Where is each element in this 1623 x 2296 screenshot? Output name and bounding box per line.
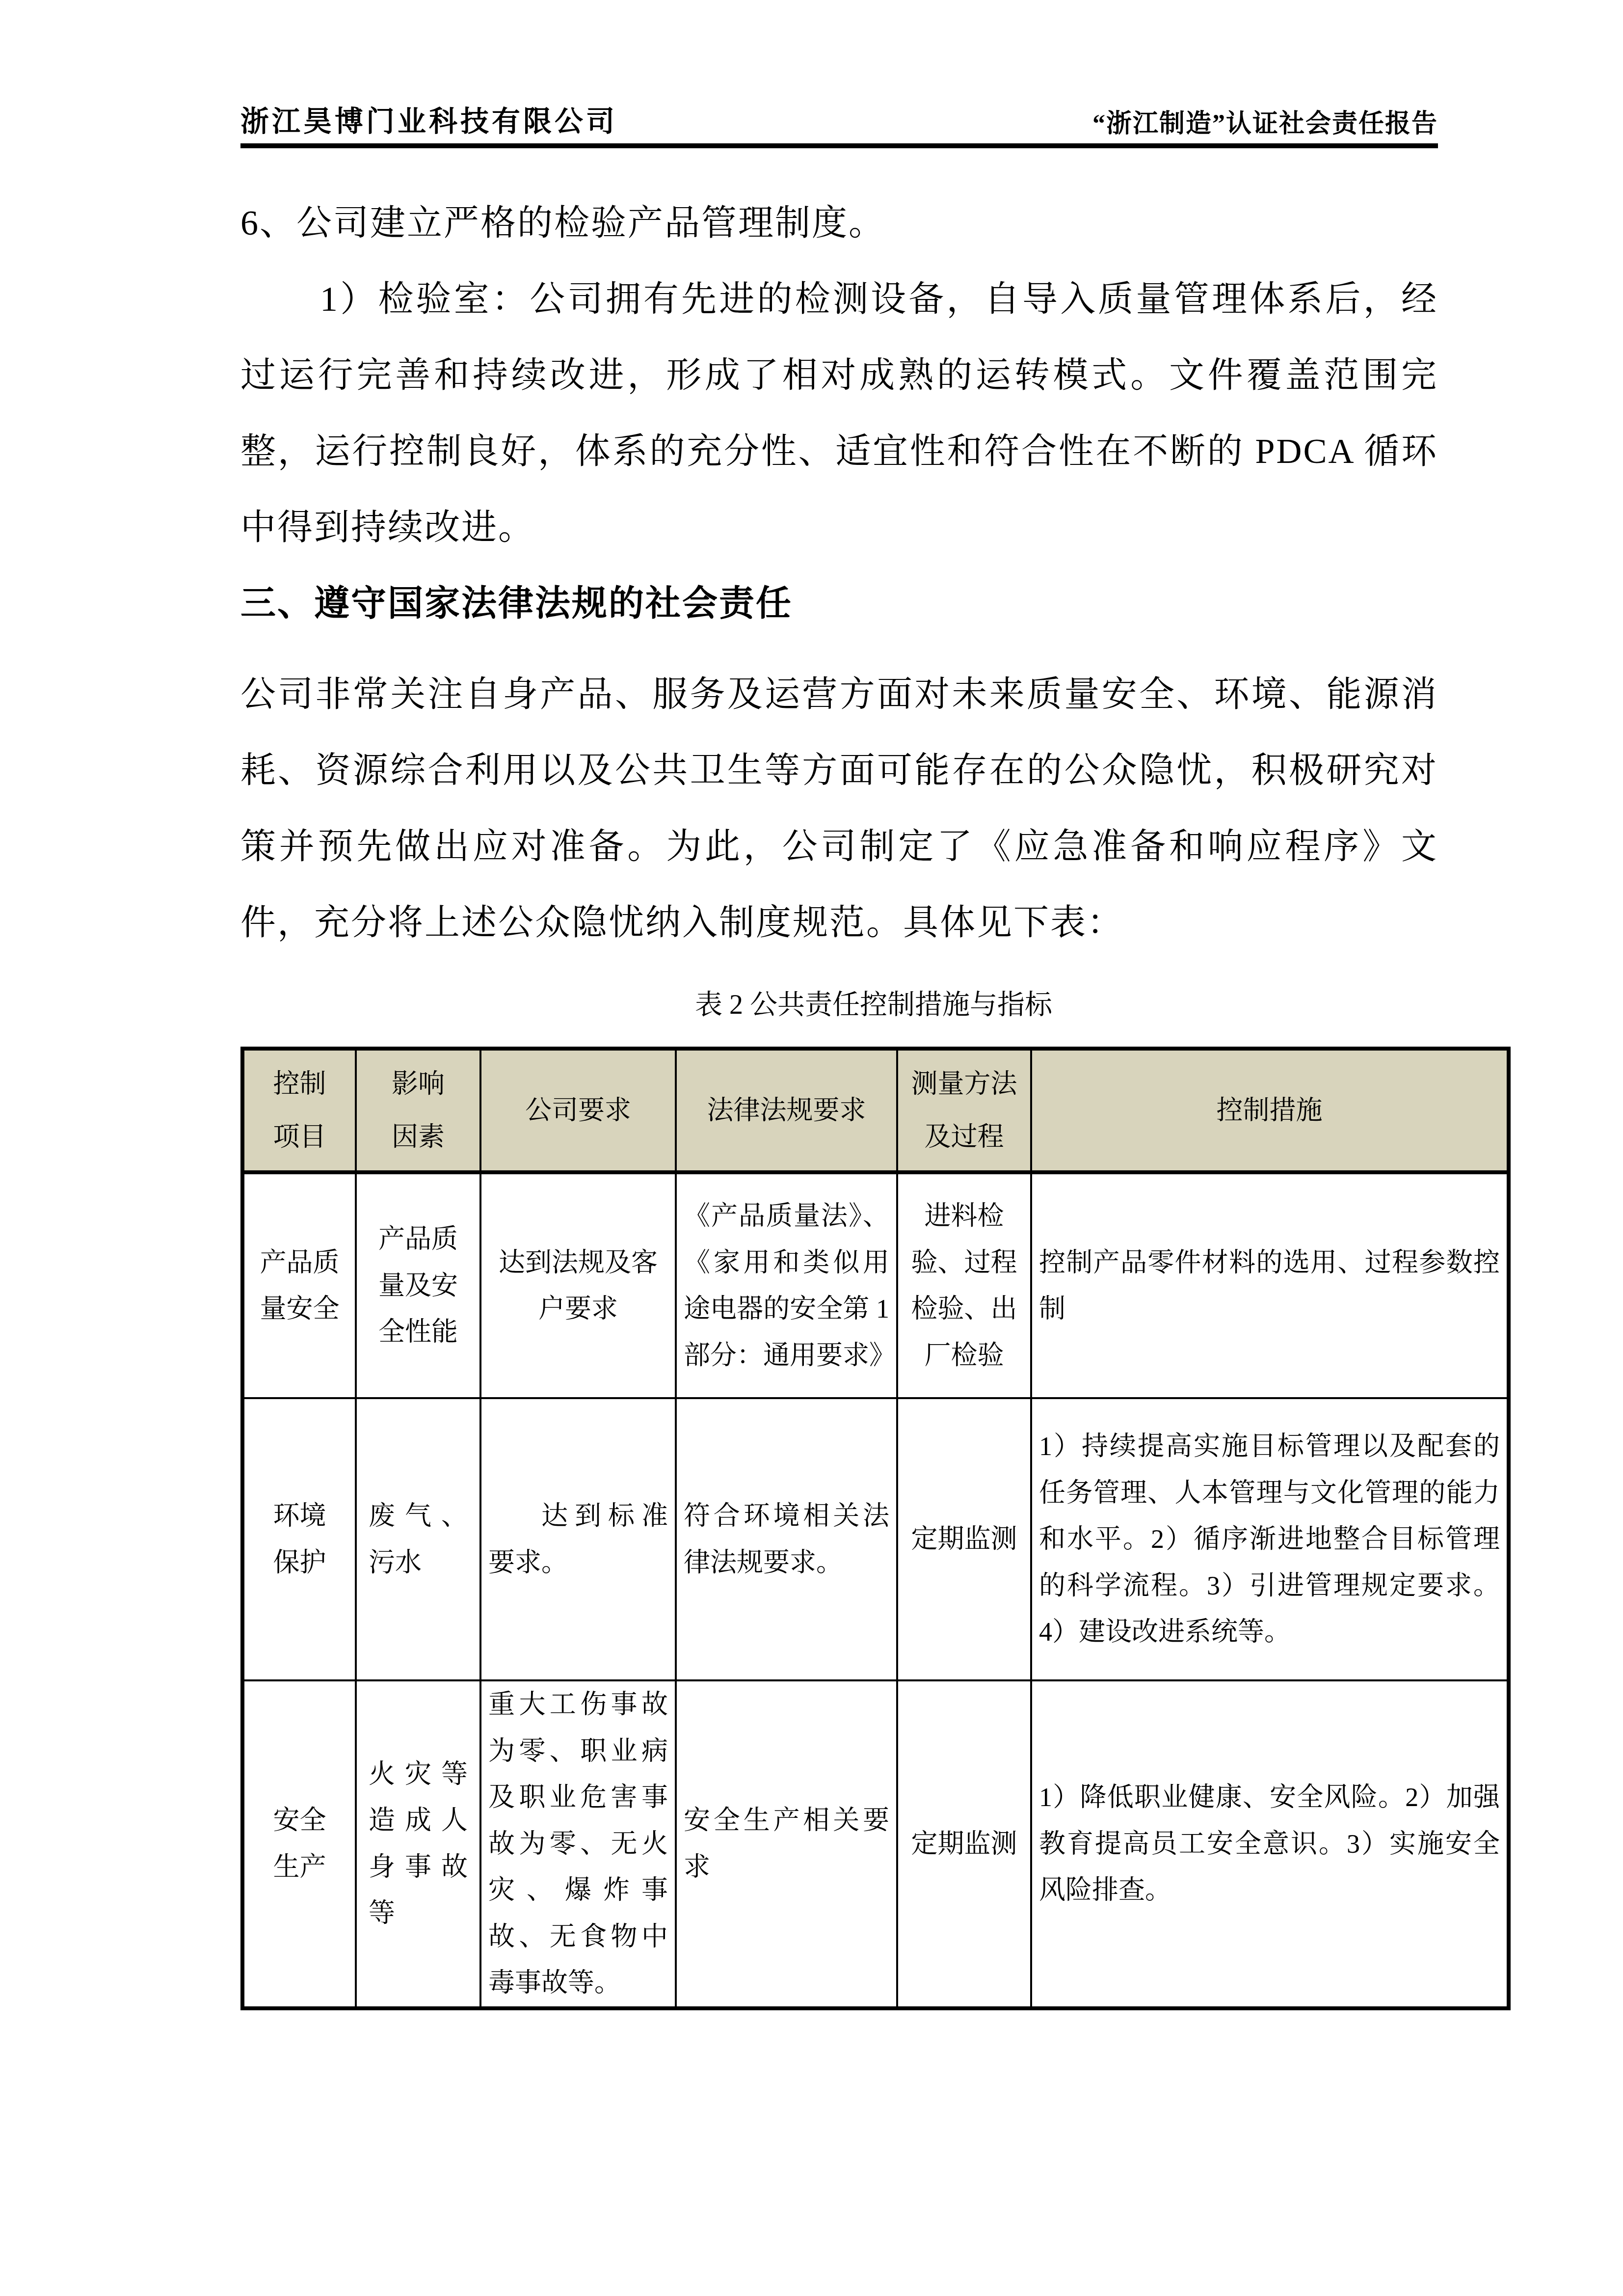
paragraph-inspection-room: 1）检验室：公司拥有先进的检测设备，自导入质量管理体系后，经过运行完善和持续改进… [240,261,1438,566]
cell-item: 产品质量安全 [242,1172,356,1398]
cell-factor: 产品质量及安全性能 [356,1172,480,1398]
paragraph-section-6: 6、公司建立严格的检验产品管理制度。 [240,185,1438,261]
page: { "header": { "company": "浙江昊博门业科技有限公司",… [0,0,1623,2296]
table-row-product-quality: 产品质量安全 产品质量及安全性能 达到法规及客户要求 《产品质量法》、《家用和类… [242,1172,1509,1398]
responsibility-control-table: 控制项目 影响因素 公司要求 法律法规要求 测量方法及过程 控制措施 产品质量安… [240,1047,1511,2010]
cell-legal-requirement: 《产品质量法》、《家用和类似用途电器的安全第 1 部分：通用要求》 [676,1172,897,1398]
company-name: 浙江昊博门业科技有限公司 [240,98,617,139]
cell-factor: 废气、污水 [356,1398,480,1680]
cell-measurement: 定期监测 [897,1680,1031,2008]
col-header-legal-requirement: 法律法规要求 [676,1049,897,1172]
col-header-control-item: 控制项目 [242,1049,356,1172]
report-title: “浙江制造”认证社会责任报告 [1092,103,1438,139]
cell-measurement: 定期监测 [897,1398,1031,1680]
table-row-environment: 环境保护 废气、污水 达到标准要求。 符合环境相关法律法规要求。 定期监测 1）… [242,1398,1509,1680]
table-caption: 表 2 公共责任控制措施与指标 [240,988,1507,1022]
cell-item: 环境保护 [242,1398,356,1680]
heading-section-3: 三、遵守国家法律法规的社会责任 [240,566,1438,642]
cell-company-requirement: 重大工伤事故为零、职业病及职业危害事故为零、无火灾、爆炸事故、无食物中毒事故等。 [480,1680,676,2008]
cell-control-measures: 1）持续提高实施目标管理以及配套的任务管理、人本管理与文化管理的能力和水平。2）… [1031,1398,1509,1680]
col-header-control-measures: 控制措施 [1031,1049,1509,1172]
cell-measurement: 进料检验、过程检验、出厂检验 [897,1172,1031,1398]
cell-control-measures: 1）降低职业健康、安全风险。2）加强教育提高员工安全意识。3）实施安全风险排查。 [1031,1680,1509,2008]
header-rule [240,143,1438,148]
cell-company-requirement: 达到标准要求。 [480,1398,676,1680]
col-header-company-requirement: 公司要求 [480,1049,676,1172]
cell-control-measures: 控制产品零件材料的选用、过程参数控制 [1031,1172,1509,1398]
cell-company-requirement: 达到法规及客户要求 [480,1172,676,1398]
paragraph-public-concern: 公司非常关注自身产品、服务及运营方面对未来质量安全、环境、能源消耗、资源综合利用… [240,656,1438,961]
cell-item: 安全生产 [242,1680,356,2008]
table-row-production-safety: 安全生产 火灾等造成人身事故等 重大工伤事故为零、职业病及职业危害事故为零、无火… [242,1680,1509,2008]
body-text: 6、公司建立严格的检验产品管理制度。 1）检验室：公司拥有先进的检测设备，自导入… [240,185,1438,2010]
cell-legal-requirement: 安全生产相关要求 [676,1680,897,2008]
cell-factor: 火灾等造成人身事故等 [356,1680,480,2008]
col-header-measurement-method: 测量方法及过程 [897,1049,1031,1172]
cell-legal-requirement: 符合环境相关法律法规要求。 [676,1398,897,1680]
col-header-influencing-factor: 影响因素 [356,1049,480,1172]
page-header: 浙江昊博门业科技有限公司 “浙江制造”认证社会责任报告 [240,98,1438,139]
table-header-row: 控制项目 影响因素 公司要求 法律法规要求 测量方法及过程 控制措施 [242,1049,1509,1172]
